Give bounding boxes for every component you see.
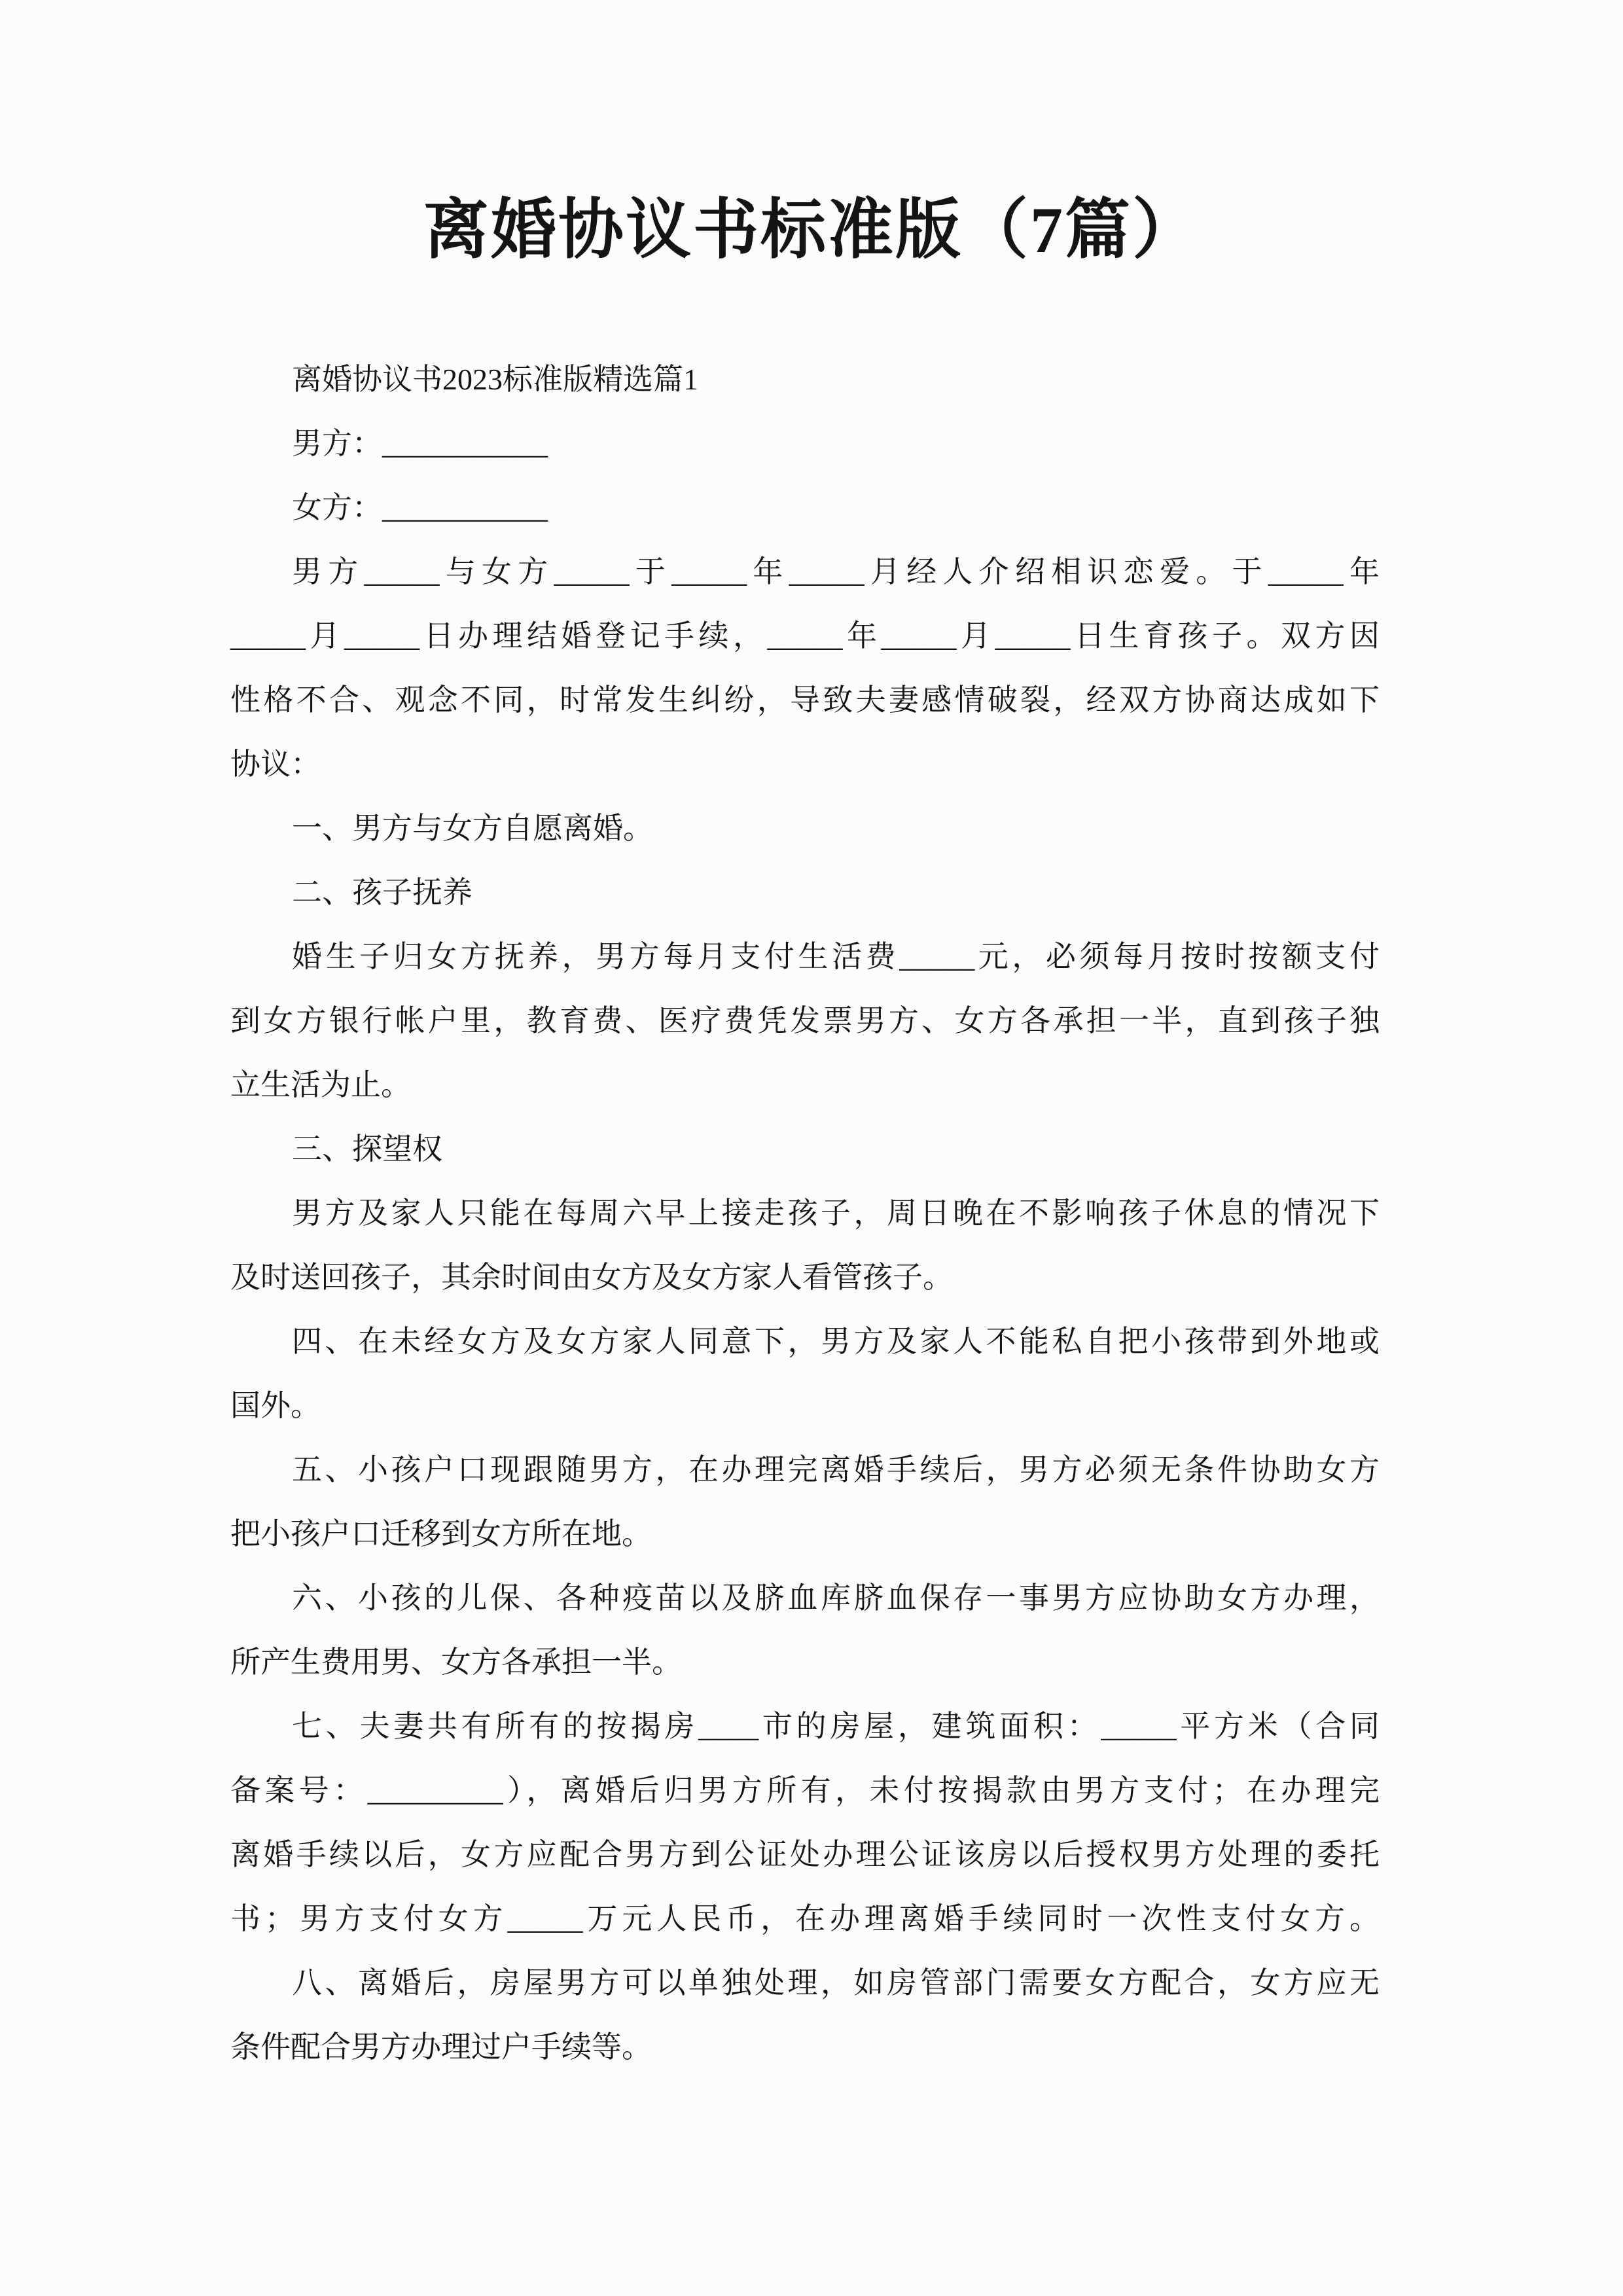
document-title: 离婚协议书标准版（7篇） (0, 191, 1623, 270)
text-line: 七、夫妻共有所有的按揭房____市的房屋，建筑面积：_____平方米（合同 (230, 1695, 1380, 1759)
text-line: 六、小孩的儿保、各种疫苗以及脐血库脐血保存一事男方应协助女方办理， (230, 1566, 1380, 1630)
text-line: 及时送回孩子，其余时间由女方及女方家人看管孩子。 (230, 1246, 1380, 1310)
text-line: 二、孩子抚养 (230, 861, 1380, 925)
text-line: 条件配合男方办理过户手续等。 (230, 2015, 1380, 2079)
text-line: 男方：___________ (230, 412, 1380, 476)
text-line: 一、男方与女方自愿离婚。 (230, 797, 1380, 861)
text-line: 所产生费用男、女方各承担一半。 (230, 1630, 1380, 1695)
text-line: 备案号：_________），离婚后归男方所有，未付按揭款由男方支付；在办理完 (230, 1759, 1380, 1823)
text-line: 性格不合、观念不同，时常发生纠纷，导致夫妻感情破裂，经双方协商达成如下 (230, 668, 1380, 732)
text-line: 四、在未经女方及女方家人同意下，男方及家人不能私自把小孩带到外地或 (230, 1310, 1380, 1374)
text-line: 男方_____与女方_____于_____年_____月经人介绍相识恋爱。于__… (230, 540, 1380, 604)
text-line: 把小孩户口迁移到女方所在地。 (230, 1502, 1380, 1566)
text-line: 五、小孩户口现跟随男方，在办理完离婚手续后，男方必须无条件协助女方 (230, 1438, 1380, 1502)
text-line: 女方：___________ (230, 476, 1380, 540)
text-line: 协议： (230, 732, 1380, 797)
text-line: 男方及家人只能在每周六早上接走孩子，周日晚在不影响孩子休息的情况下 (230, 1181, 1380, 1246)
document-page: 离婚协议书标准版（7篇） 离婚协议书2023标准版精选篇1男方：________… (0, 0, 1623, 2296)
text-line: 婚生子归女方抚养，男方每月支付生活费_____元，必须每月按时按额支付 (230, 925, 1380, 989)
document-body: 离婚协议书2023标准版精选篇1男方：___________女方：_______… (230, 348, 1380, 2079)
text-line: 三、探望权 (230, 1117, 1380, 1181)
text-line: 离婚协议书2023标准版精选篇1 (230, 348, 1380, 412)
text-line: 八、离婚后，房屋男方可以单独处理，如房管部门需要女方配合，女方应无 (230, 1951, 1380, 2015)
text-line: 到女方银行帐户里，教育费、医疗费凭发票男方、女方各承担一半，直到孩子独 (230, 989, 1380, 1053)
text-line: 离婚手续以后，女方应配合男方到公证处办理公证该房以后授权男方处理的委托 (230, 1823, 1380, 1887)
text-line: 书；男方支付女方_____万元人民币，在办理离婚手续同时一次性支付女方。 (230, 1887, 1380, 1951)
text-line: 立生活为止。 (230, 1053, 1380, 1117)
text-line: 国外。 (230, 1374, 1380, 1438)
text-line: _____月_____日办理结婚登记手续，_____年_____月_____日生… (230, 604, 1380, 668)
